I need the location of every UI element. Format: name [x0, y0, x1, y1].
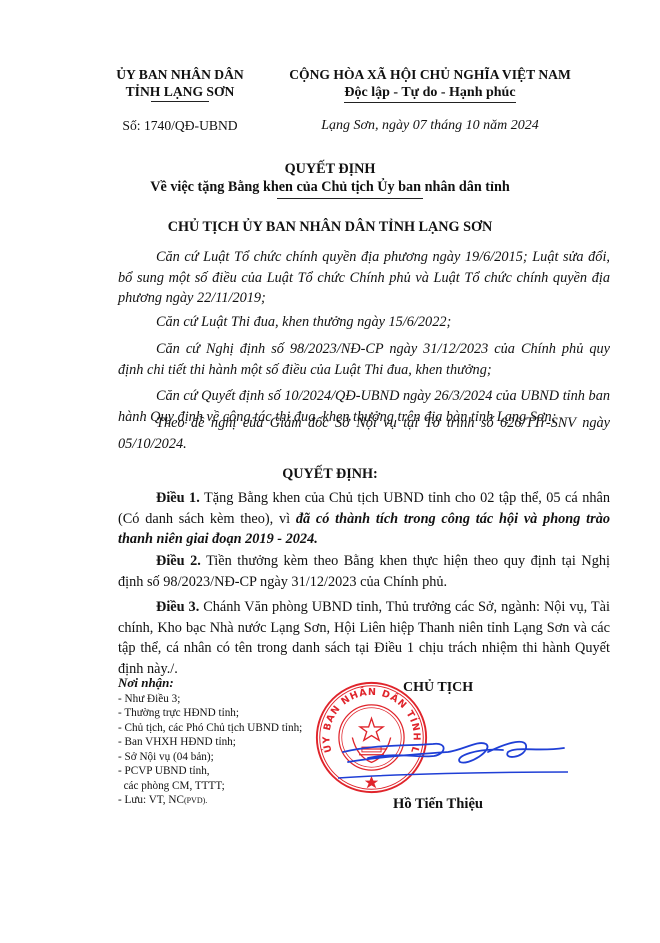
national-header: CỘNG HÒA XÃ HỘI CHỦ NGHĨA VIỆT NAM Độc l… [250, 66, 610, 103]
archive-code: (PVD). [184, 796, 207, 805]
article-1: Điều 1. Tặng Bằng khen của Chủ tịch UBND… [118, 488, 610, 550]
subject-underline [277, 198, 423, 199]
recipient-item: - Thường trực HĐND tỉnh; [118, 706, 338, 721]
handwritten-signature-icon [338, 722, 568, 782]
recipients-heading: Nơi nhận: [118, 676, 338, 691]
preamble-5: Theo đề nghị của Giám đốc Sở Nội vụ tại … [118, 413, 610, 454]
archive-label: - Lưu: VT, NC [118, 794, 184, 806]
decision-title: QUYẾT ĐỊNH [80, 160, 580, 178]
recipient-item: - Như Điều 3; [118, 692, 338, 707]
decision-heading: QUYẾT ĐỊNH: [80, 466, 580, 483]
preamble-1: Căn cứ Luật Tổ chức chính quyền địa phươ… [118, 247, 610, 309]
signer-name: Hồ Tiến Thiệu [393, 796, 483, 813]
issuer-underline [151, 101, 209, 102]
recipient-item: - PCVP UBND tỉnh, [118, 764, 338, 779]
nation-name: CỘNG HÒA XÃ HỘI CHỦ NGHĨA VIỆT NAM [250, 66, 610, 83]
recipient-item: - Ban VHXH HĐND tỉnh; [118, 735, 338, 750]
recipient-item: - Chủ tịch, các Phó Chủ tịch UBND tỉnh; [118, 721, 338, 736]
national-motto: Độc lập - Tự do - Hạnh phúc [344, 84, 515, 103]
article-3: Điều 3. Chánh Văn phòng UBND tỉnh, Thủ t… [118, 597, 610, 679]
preamble-2: Căn cứ Luật Thi đua, khen thưởng ngày 15… [118, 312, 610, 333]
article-2-label: Điều 2. [156, 553, 201, 569]
preamble-3: Căn cứ Nghị định số 98/2023/NĐ-CP ngày 3… [118, 339, 610, 380]
article-3-label: Điều 3. [156, 599, 199, 615]
issuing-authority: CHỦ TỊCH ỦY BAN NHÂN DÂN TỈNH LẠNG SƠN [80, 219, 580, 236]
recipient-item: - Sở Nội vụ (04 bản); [118, 750, 338, 765]
recipient-item-archive: - Lưu: VT, NC(PVD). [118, 793, 338, 809]
decision-subject: Về việc tặng Bằng khen của Chủ tịch Ủy b… [80, 178, 580, 196]
article-2: Điều 2. Tiền thưởng kèm theo Bằng khen t… [118, 551, 610, 592]
decision-title-block: QUYẾT ĐỊNH Về việc tặng Bằng khen của Ch… [80, 160, 580, 199]
recipient-item: các phòng CM, TTTT; [118, 779, 338, 794]
recipients-list: Nơi nhận: - Như Điều 3; - Thường trực HĐ… [118, 676, 338, 809]
article-1-label: Điều 1. [156, 490, 200, 506]
place-date: Lạng Sơn, ngày 07 tháng 10 năm 2024 [250, 118, 610, 134]
